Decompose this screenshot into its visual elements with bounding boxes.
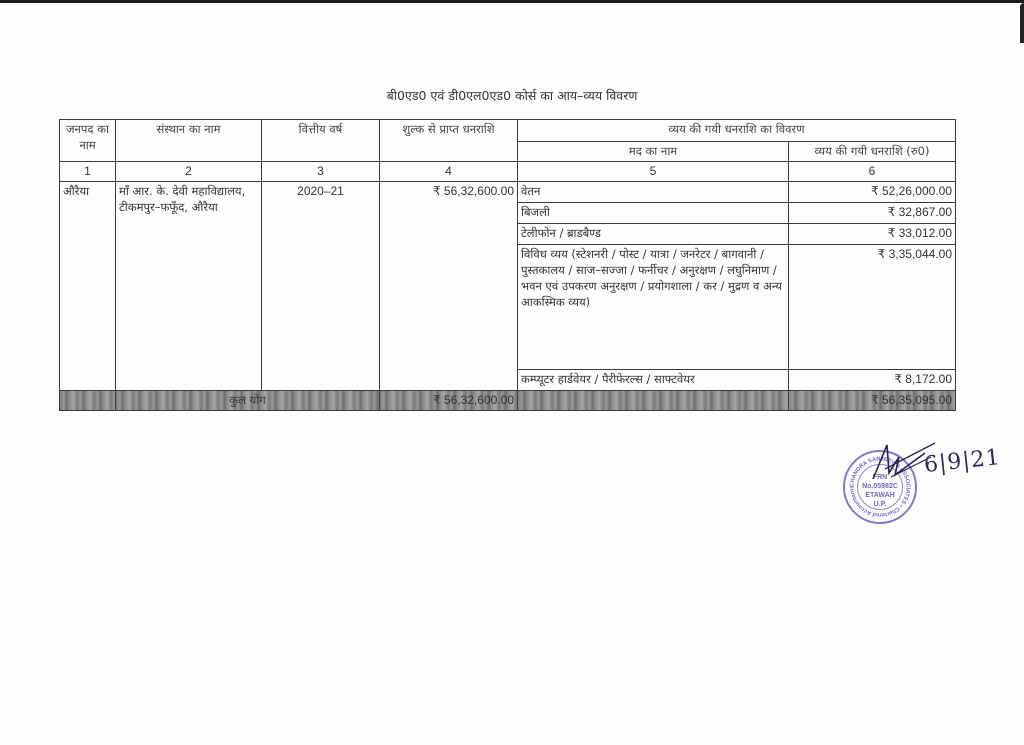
column-number: 2 (116, 162, 262, 182)
expense-total: ₹ 56,35,095.00 (789, 391, 956, 411)
scanned-page: बी0एड0 एवं डी0एल0एड0 कोर्स का आय–व्यय वि… (0, 0, 1024, 745)
table-row: औरैया माँ आर. के. देवी महाविद्यालय, टीकम… (60, 182, 956, 203)
column-number: 4 (380, 162, 518, 182)
header-amount-spent: व्यय की गयी धनराशि (रु0) (789, 142, 956, 162)
column-number: 5 (518, 162, 789, 182)
header-item-name: मद का नाम (518, 142, 789, 162)
district-cell: औरैया (60, 182, 116, 391)
fee-total: ₹ 56,32,600.00 (380, 391, 518, 411)
header-institution: संस्थान का नाम (116, 120, 262, 162)
header-expenditure-group: व्यय की गयी धनराशि का विवरण (518, 120, 956, 142)
fee-received-cell: ₹ 56,32,600.00 (380, 182, 518, 391)
column-number-row: 1 2 3 4 5 6 (60, 162, 956, 182)
total-spacer (518, 391, 789, 411)
expense-item: विविध व्यय (स्टेशनरी / पोस्ट / यात्रा / … (518, 245, 789, 370)
expense-amount: ₹ 32,867.00 (789, 203, 956, 224)
document-title: बी0एड0 एवं डी0एल0एड0 कोर्स का आय–व्यय वि… (0, 87, 1024, 104)
expense-amount: ₹ 3,35,044.00 (789, 245, 956, 370)
column-number: 1 (60, 162, 116, 182)
expense-amount: ₹ 33,012.00 (789, 224, 956, 245)
income-expenditure-table: जनपद का नाम संस्थान का नाम वित्तीय वर्ष … (59, 119, 956, 411)
financial-year-cell: 2020–21 (262, 182, 380, 391)
expense-item: टेलीफोन / ब्राडबैण्ड (518, 224, 789, 245)
header-district: जनपद का नाम (60, 120, 116, 162)
expense-item: कम्प्यूटर हार्डवेयर / पैरीफेरल्स / साफ्ट… (518, 370, 789, 391)
expense-amount: ₹ 8,172.00 (789, 370, 956, 391)
total-row: कुल योग ₹ 56,32,600.00 ₹ 56,35,095.00 (60, 391, 956, 411)
institution-cell: माँ आर. के. देवी महाविद्यालय, टीकमपुर–फफ… (116, 182, 262, 391)
total-label: कुल योग (116, 391, 380, 411)
column-number: 3 (262, 162, 380, 182)
expense-amount: ₹ 52,26,000.00 (789, 182, 956, 203)
header-financial-year: वित्तीय वर्ष (262, 120, 380, 162)
expense-item: बिजली (518, 203, 789, 224)
stamp-state: U.P. (858, 500, 902, 509)
expense-item: वेतन (518, 182, 789, 203)
total-spacer (60, 391, 116, 411)
header-row: जनपद का नाम संस्थान का नाम वित्तीय वर्ष … (60, 120, 956, 142)
column-number: 6 (789, 162, 956, 182)
header-fee-received: शुल्क से प्राप्त धनराशि (380, 120, 518, 162)
